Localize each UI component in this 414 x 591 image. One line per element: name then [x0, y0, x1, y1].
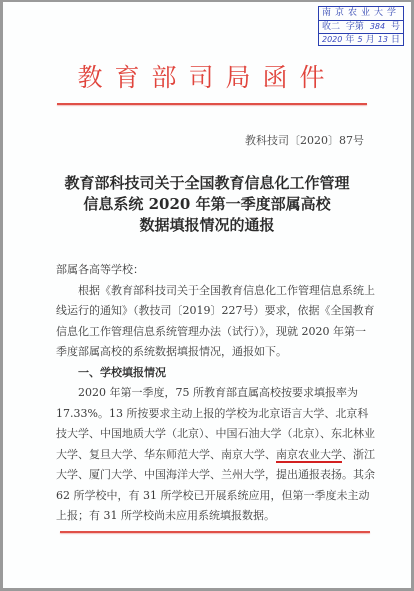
- stamp-month: 5: [358, 34, 363, 46]
- stamp-year-label: 年: [345, 34, 354, 46]
- paragraph-reporting: 2020 年第一季度，75 所教育部直属高校按要求填报率为 17.33%。13 …: [56, 383, 376, 527]
- stamp-year: 2020: [322, 34, 342, 46]
- section-heading-1: 一、学校填报情况: [56, 363, 376, 384]
- header-red-rule: [57, 103, 367, 105]
- title-line-3: 数据填报情况的通报: [0, 215, 414, 236]
- stamp-mid: 字第: [346, 21, 364, 33]
- salutation: 部属各高等学校：: [56, 260, 376, 281]
- stamp-day: 13: [378, 34, 388, 46]
- stamp-month-label: 月: [366, 34, 375, 46]
- stamp-suffix: 号: [391, 21, 400, 33]
- receipt-stamp: 南京农业大学 收二 字第 384 号 2020 年 5 月 13 日: [318, 6, 404, 46]
- document-number: 教科技司〔2020〕87号: [245, 132, 364, 148]
- title-line-1: 教育部科技司关于全国教育信息化工作管理: [0, 173, 414, 194]
- title-line-2: 信息系统 2020 年第一季度部属高校: [0, 194, 414, 215]
- letterhead-title: 教育部司局函件: [0, 58, 414, 94]
- document-body: 部属各高等学校： 根据《教育部科技司关于全国教育信息化工作管理信息系统上线运行的…: [56, 260, 376, 527]
- stamp-date-row: 2020 年 5 月 13 日: [319, 34, 403, 47]
- highlighted-university: 南京农业大学: [276, 448, 342, 463]
- document-title: 教育部科技司关于全国教育信息化工作管理 信息系统 2020 年第一季度部属高校 …: [0, 173, 414, 236]
- footer-red-rule: [60, 531, 370, 533]
- stamp-prefix: 收二: [322, 21, 340, 33]
- stamp-org: 南京农业大学: [322, 7, 400, 19]
- stamp-number: 384: [370, 21, 385, 33]
- paragraph-intro: 根据《教育部科技司关于全国教育信息化工作管理信息系统上线运行的通知》（教技司〔2…: [56, 281, 376, 363]
- stamp-org-row: 南京农业大学: [319, 7, 403, 21]
- stamp-number-row: 收二 字第 384 号: [319, 21, 403, 35]
- stamp-day-label: 日: [391, 34, 400, 46]
